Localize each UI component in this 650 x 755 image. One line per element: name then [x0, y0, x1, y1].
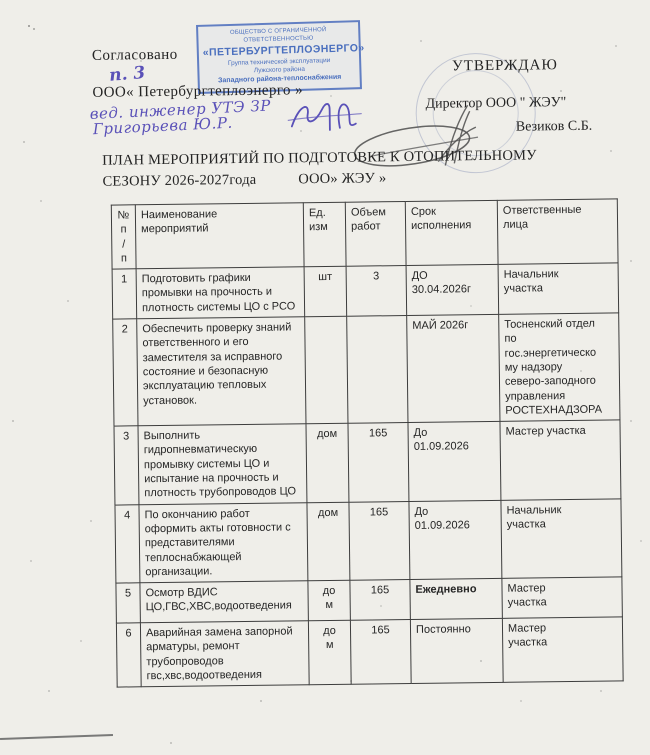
cell-num: 5	[116, 583, 140, 623]
cell-term: Постоянно	[410, 618, 503, 683]
handwritten-note: п. 3	[108, 63, 146, 86]
cell-num: 4	[115, 504, 140, 583]
title-line2b: ООО» ЖЭУ »	[298, 170, 386, 187]
director-name: Везиков С.Б.	[516, 119, 593, 136]
title-line1: ПЛАН МЕРОПРИЯТИЙ ПО ПОДГОТОВКЕ К ОТОПИТЕ…	[102, 147, 537, 168]
header-cell: Наименование мероприятий	[135, 203, 304, 269]
cell-term: ДО 30.04.2026г	[406, 265, 499, 316]
cell-name: Обеспечить проверку знаний ответственног…	[137, 317, 306, 426]
cell-unit: шт	[304, 266, 347, 316]
cell-name: Осмотр ВДИС ЦО,ГВС,ХВС,водоотведения	[140, 581, 308, 623]
cell-unit: до м	[308, 580, 350, 621]
table-row: 1Подготовить графики промывки на прочнос…	[112, 263, 619, 319]
cell-term: Ежедневно	[410, 578, 502, 619]
cell-num: 3	[114, 426, 139, 505]
header-cell: Ответственные лица	[497, 199, 618, 265]
cell-unit	[305, 316, 348, 424]
cell-resp: Начальник участка	[498, 263, 619, 314]
cell-unit: дом	[307, 502, 350, 581]
cell-resp: Мастер участка	[502, 617, 623, 683]
table-header-row: № п / пНаименование мероприятийЕд. измОб…	[111, 199, 618, 269]
cell-name: Подготовить графики промывки на прочност…	[136, 267, 305, 319]
blue-signature	[285, 95, 365, 136]
table-row: 5Осмотр ВДИС ЦО,ГВС,ХВС,водоотведениядо …	[116, 577, 622, 623]
cell-volume: 165	[350, 580, 410, 621]
cell-unit: дом	[306, 423, 349, 502]
header-cell: Срок исполнения	[405, 200, 498, 265]
org-name-line: ООО« Петербургтеплоэнерго »	[92, 82, 303, 102]
cell-volume: 165	[349, 501, 410, 580]
table-row: 6Аварийная замена запорной арматуры, рем…	[116, 617, 623, 687]
cell-volume: 165	[348, 423, 409, 502]
cell-volume	[347, 316, 408, 424]
table-row: 4По окончанию работ оформить акты готовн…	[115, 499, 622, 584]
cell-num: 1	[112, 269, 137, 319]
cell-term: До 01.09.2026	[408, 422, 501, 502]
cell-term: МАЙ 2026г	[407, 314, 500, 422]
plan-table: № п / пНаименование мероприятийЕд. измОб…	[111, 198, 624, 687]
cell-name: По окончанию работ оформить акты готовно…	[139, 502, 308, 583]
cell-resp: Тосненский отдел по гос.энергетическо му…	[499, 313, 620, 422]
cell-resp: Мастер участка	[500, 420, 621, 500]
header-cell: Ед. изм	[303, 202, 346, 267]
scanned-document-sheet: ОБЩЕСТВО С ОГРАНИЧЕННОЙ ОТВЕТСТВЕННОСТЬЮ…	[0, 0, 650, 755]
cell-num: 6	[116, 623, 141, 687]
agreed-label: Согласовано	[92, 47, 178, 65]
cell-volume: 3	[346, 266, 407, 317]
cell-resp: Мастер участка	[502, 577, 622, 618]
cell-num: 2	[113, 319, 138, 426]
table-body: № п / пНаименование мероприятийЕд. измОб…	[111, 199, 623, 687]
cell-resp: Начальник участка	[501, 499, 622, 579]
scan-noise	[0, 0, 2, 2]
director-title: Директор ООО " ЖЭУ"	[426, 95, 567, 113]
header-cell: Объем работ	[345, 202, 406, 267]
header-cell: № п / п	[111, 205, 136, 269]
cell-volume: 165	[350, 620, 411, 685]
cell-name: Выполнить гидропневматическую промывку с…	[138, 424, 307, 505]
table-row: 2Обеспечить проверку знаний ответственно…	[113, 313, 620, 426]
cell-unit: до м	[308, 620, 351, 685]
table-row: 3Выполнить гидропневматическую промывку …	[114, 420, 621, 505]
title-line2a: СЕЗОНУ 2026-2027года	[102, 172, 256, 190]
document-title: ПЛАН МЕРОПРИЯТИЙ ПО ПОДГОТОВКЕ К ОТОПИТЕ…	[102, 145, 592, 193]
cell-term: До 01.09.2026	[409, 500, 502, 580]
approve-label: УТВЕРЖДАЮ	[452, 57, 558, 75]
cell-name: Аварийная замена запорной арматуры, ремо…	[140, 621, 309, 687]
